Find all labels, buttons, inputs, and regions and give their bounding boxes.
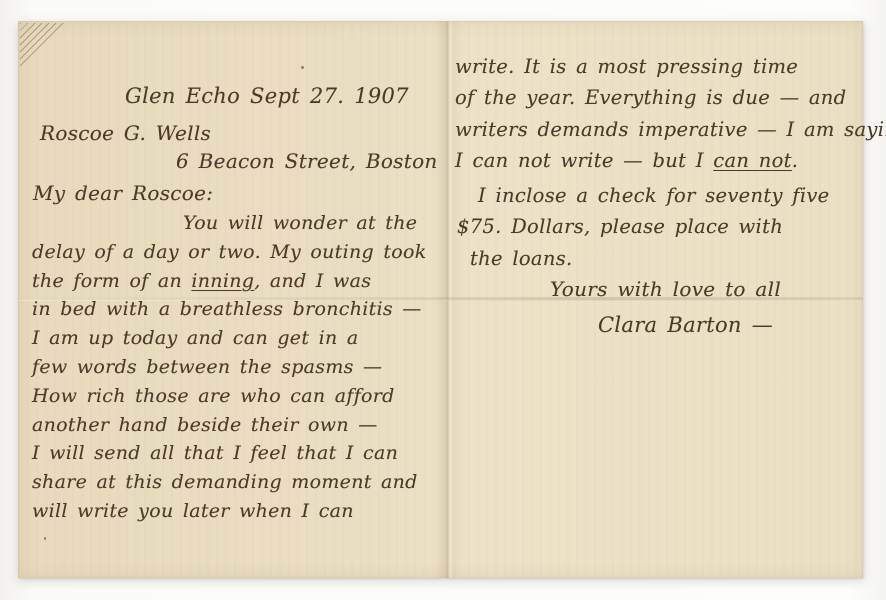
recipient-address: 6 Beacon Street, Boston bbox=[176, 149, 438, 173]
line-segment: I inclose a check for seventy five bbox=[478, 184, 830, 207]
letter-line: the loans. bbox=[455, 243, 859, 274]
line-segment: in bed with a breathless bronchitis — bbox=[32, 298, 422, 320]
line-segment: of the year. Everything is due — and bbox=[455, 86, 846, 109]
paper-speck bbox=[44, 537, 46, 540]
recipient-name: Roscoe G. Wells bbox=[40, 121, 211, 145]
letter-line: $75. Dollars, please place with bbox=[455, 211, 859, 242]
letter-line: You will wonder at the bbox=[32, 209, 442, 238]
letter-photo: Glen Echo Sept 27. 1907 Roscoe G. Wells … bbox=[0, 0, 886, 600]
left-page-body: You will wonder at thedelay of a day or … bbox=[32, 209, 442, 526]
letter-line: share at this demanding moment and bbox=[32, 468, 442, 497]
letter-line: I inclose a check for seventy five bbox=[455, 180, 859, 211]
salutation: My dear Roscoe: bbox=[33, 181, 213, 205]
line-segment: I am up today and can get in a bbox=[32, 327, 358, 349]
underlined-word: inning bbox=[191, 270, 254, 292]
line-segment: will write you later when I can bbox=[32, 500, 354, 522]
line-segment: another hand beside their own — bbox=[32, 414, 378, 436]
line-segment: writers demands imperative — I am saying bbox=[455, 118, 886, 141]
letter-line: will write you later when I can bbox=[32, 497, 442, 526]
letter-line: writers demands imperative — I am saying bbox=[455, 114, 859, 145]
right-page-body: write. It is a most pressing timeof the … bbox=[455, 51, 859, 274]
letter-line: of the year. Everything is due — and bbox=[455, 82, 859, 113]
line-segment: . bbox=[792, 149, 799, 172]
line-segment: write. It is a most pressing time bbox=[455, 55, 798, 78]
letter-line: How rich those are who can afford bbox=[32, 382, 442, 411]
letter-line: the form of an inning, and I was bbox=[32, 267, 442, 296]
line-segment: , and I was bbox=[254, 270, 371, 292]
line-segment: delay of a day or two. My outing took bbox=[32, 241, 427, 263]
line-segment: $75. Dollars, please place with bbox=[457, 215, 783, 238]
letter-line: write. It is a most pressing time bbox=[455, 51, 859, 82]
paper-speck bbox=[301, 66, 304, 69]
line-segment: the loans. bbox=[470, 247, 573, 270]
letter-paper: Glen Echo Sept 27. 1907 Roscoe G. Wells … bbox=[18, 21, 863, 578]
letter-line: delay of a day or two. My outing took bbox=[32, 238, 442, 267]
letter-line: I can not write — but I can not. bbox=[455, 145, 859, 176]
line-segment: How rich those are who can afford bbox=[32, 385, 395, 407]
line-segment: I can not write — but I bbox=[455, 149, 713, 172]
line-segment: I will send all that I feel that I can bbox=[32, 442, 398, 464]
letter-line: in bed with a breathless bronchitis — bbox=[32, 295, 442, 324]
closing-line: Yours with love to all bbox=[550, 277, 781, 301]
line-segment: few words between the spasms — bbox=[32, 356, 382, 378]
pencil-hatch-marks bbox=[20, 23, 66, 67]
letter-line: I will send all that I feel that I can bbox=[32, 439, 442, 468]
date-line: Glen Echo Sept 27. 1907 bbox=[125, 84, 409, 108]
line-segment: the form of an bbox=[32, 270, 191, 292]
letter-line: few words between the spasms — bbox=[32, 353, 442, 382]
signature-line: Clara Barton — bbox=[598, 313, 773, 337]
letter-line: I am up today and can get in a bbox=[32, 324, 442, 353]
line-segment: You will wonder at the bbox=[183, 212, 417, 234]
letter-line: another hand beside their own — bbox=[32, 411, 442, 440]
underlined-word: can not bbox=[713, 149, 792, 172]
line-segment: share at this demanding moment and bbox=[32, 471, 418, 493]
